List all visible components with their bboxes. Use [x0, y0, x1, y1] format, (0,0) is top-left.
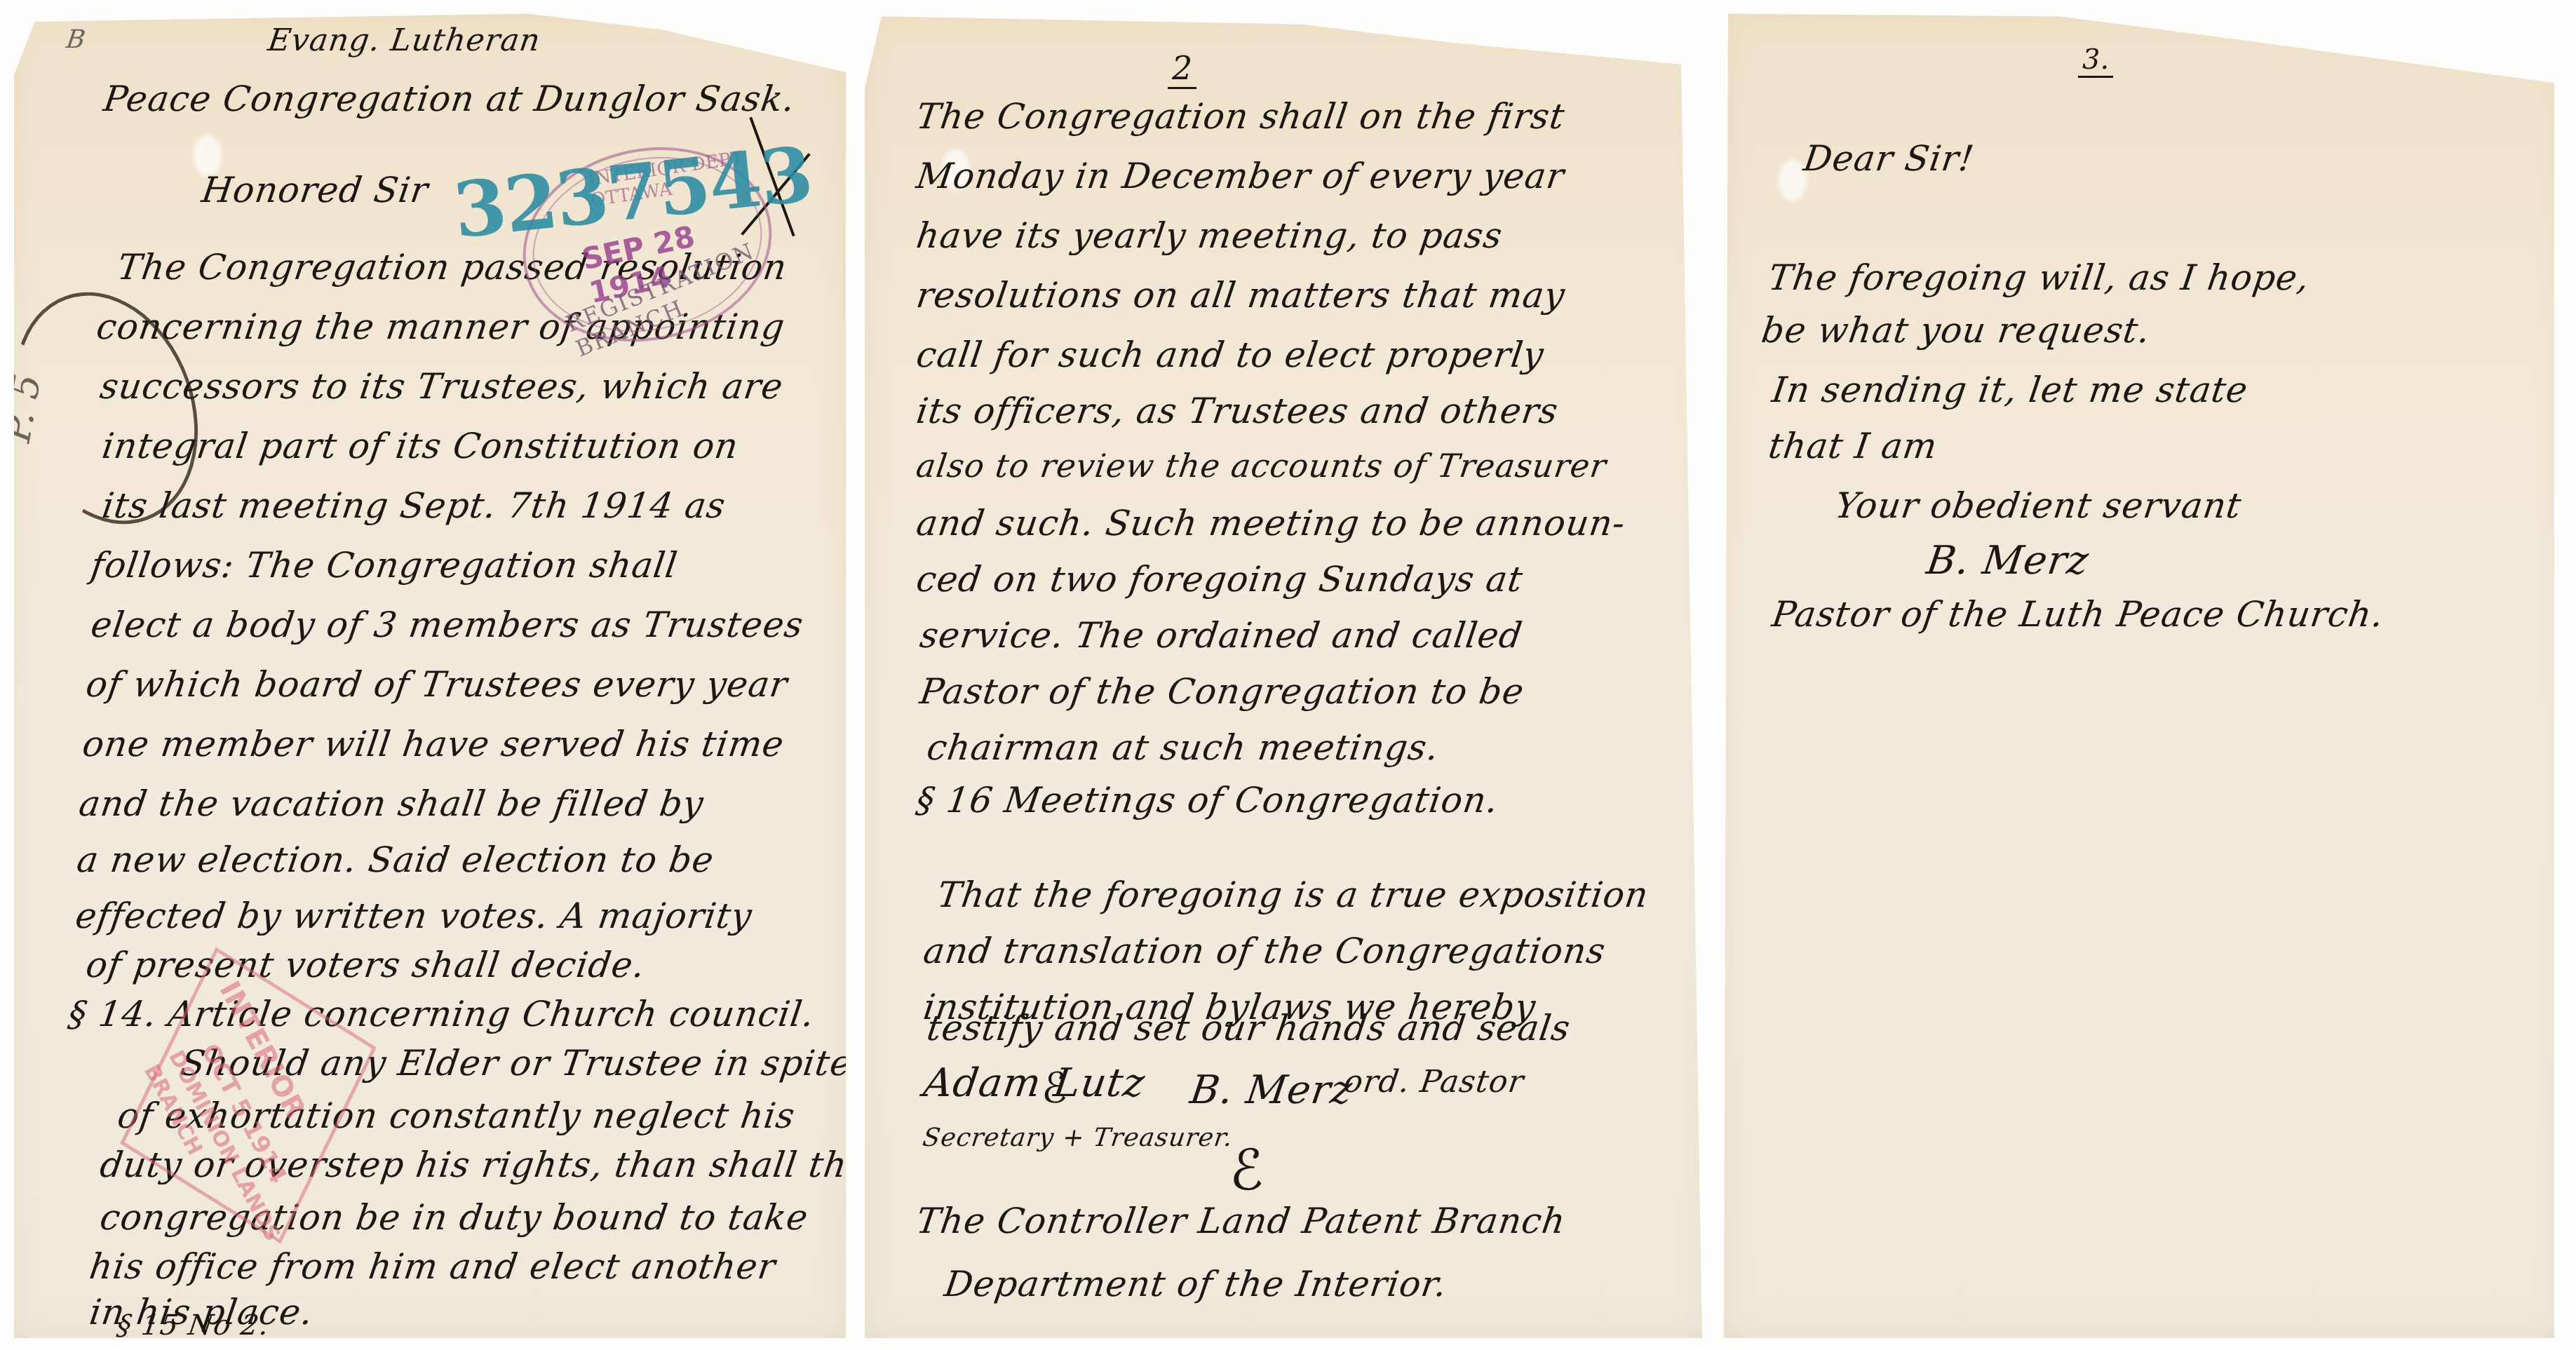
body-line: The Congregation shall on the first — [914, 96, 1567, 137]
body-line: follows: The Congregation shall — [88, 545, 680, 586]
body-line: Monday in December of every year — [914, 156, 1567, 196]
page-number: 2 — [1168, 49, 1196, 89]
body-line: that I am — [1766, 426, 1940, 466]
signature-secretary-title: Secretary + Treasurer. — [921, 1123, 1235, 1152]
signature-secretary: Adam Lutz — [921, 1060, 1148, 1106]
body-line: The foregoing will, as I hope, — [1766, 257, 2312, 298]
salutation: Honored Sir — [199, 170, 431, 210]
attestation-line: and translation of the Congregations — [921, 931, 1608, 971]
body-line: ced on two foregoing Sundays at — [914, 559, 1525, 600]
body-line: call for such and to elect properly — [914, 335, 1546, 375]
section-heading: § 16 Meetings of Congregation. — [914, 780, 1501, 821]
body-line: integral part of its Constitution on — [100, 426, 741, 466]
body-line: congregation be in duty bound to take — [97, 1197, 811, 1238]
letter-page-3: 3. Dear Sir! The foregoing will, as I ho… — [1724, 8, 2563, 1338]
signature-pastor: B. Merz — [1187, 1067, 1356, 1113]
seal-mark: ℰ — [1041, 1064, 1067, 1113]
seal-mark: ℰ — [1229, 1138, 1263, 1203]
body-line: and such. Such meeting to be announ- — [914, 503, 1628, 544]
signature-title: Pastor of the Luth Peace Church. — [1769, 594, 2387, 635]
body-line: service. The ordained and called — [917, 615, 1525, 656]
body-line: effected by written votes. A majority — [73, 896, 755, 936]
body-line: successors to its Trustees, which are — [97, 366, 785, 407]
margin-mark: B — [65, 25, 88, 54]
salutation: Dear Sir! — [1801, 138, 1977, 179]
signature: B. Merz — [1924, 538, 2092, 583]
body-line: and the vacation shall be filled by — [76, 783, 706, 824]
section-reference: § 15 No 2. — [115, 1309, 271, 1338]
closing: Your obedient servant — [1833, 485, 2244, 526]
page-number: 3. — [2078, 43, 2113, 78]
body-line: a new election. Said election to be — [74, 839, 717, 880]
body-line: also to review the accounts of Treasurer — [914, 447, 1609, 485]
addressee-line: The Controller Land Patent Branch — [914, 1201, 1568, 1241]
body-line: have its yearly meeting, to pass — [914, 215, 1505, 256]
signature-pastor-title: ord. Pastor — [1342, 1064, 1526, 1100]
header-congregation: Peace Congregation at Dunglor Sask. — [101, 79, 798, 119]
letter-page-2: 2 The Congregation shall on the first Mo… — [865, 8, 1706, 1338]
body-line: In sending it, let me state — [1769, 370, 2251, 410]
attestation-line: testify and set our hands and seals — [924, 1008, 1573, 1048]
body-line: its officers, as Trustees and others — [914, 391, 1561, 431]
header-denomination: Evang. Lutheran — [266, 22, 543, 58]
addressee-line: Department of the Interior. — [942, 1264, 1450, 1304]
body-line: resolutions on all matters that may — [914, 275, 1567, 316]
letter-page-1: B Evang. Lutheran Peace Congregation at … — [10, 8, 846, 1338]
body-line: of present voters shall decide. — [83, 945, 648, 985]
body-line: Pastor of the Congregation to be — [917, 671, 1527, 712]
body-line: one member will have served his time — [80, 724, 787, 764]
body-line: elect a body of 3 members as Trustees — [88, 605, 806, 645]
body-line: be what you request. — [1759, 310, 2153, 351]
body-line: his office from him and elect another — [87, 1246, 778, 1287]
body-line: chairman at such meetings. — [924, 727, 1442, 768]
body-line: of which board of Trustees every year — [83, 664, 790, 705]
attestation-line: That the foregoing is a true exposition — [935, 875, 1651, 915]
body-line: its last meeting Sept. 7th 1914 as — [100, 485, 728, 526]
